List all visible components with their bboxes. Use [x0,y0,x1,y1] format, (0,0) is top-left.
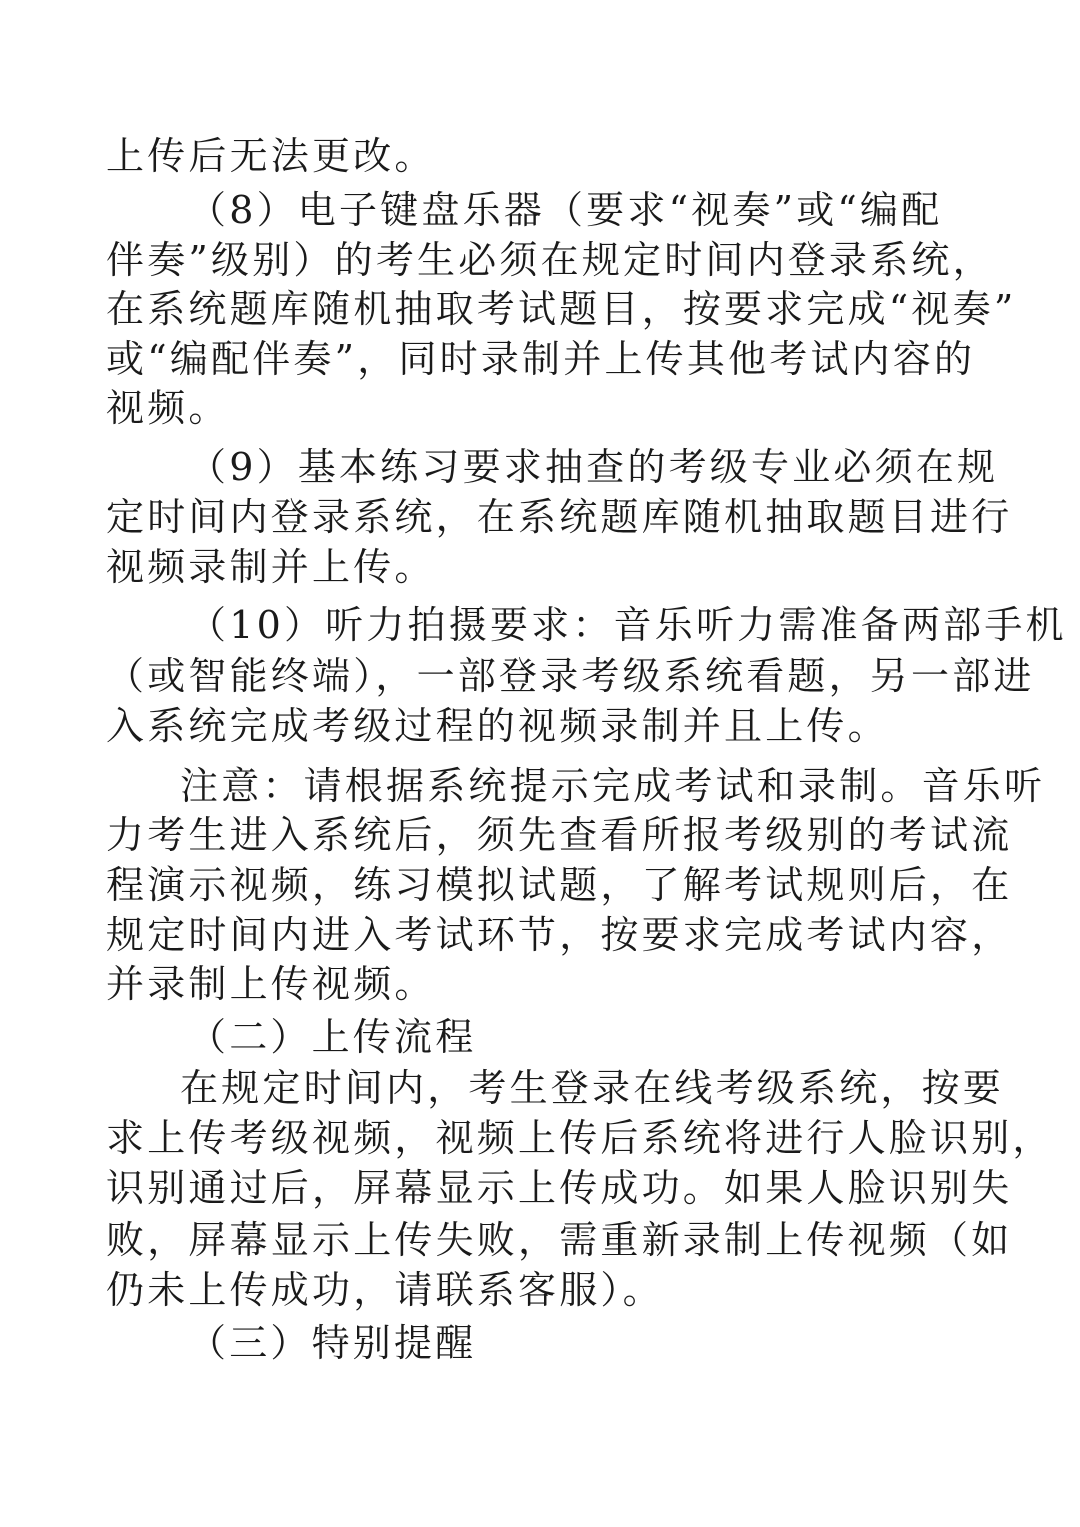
section-heading-upload-process: （二）上传流程 [188,1013,1068,1061]
document-page: 上传后无法更改。 （8）电子键盘乐器（要求“视奏”或“编配 伴奏”级别）的考生必… [0,0,1080,1527]
item-8-line: 或“编配伴奏”，同时录制并上传其他考试内容的 [106,335,986,383]
upload-process-line: 识别通过后，屏幕显示上传成功。如果人脸识别失 [106,1164,986,1212]
upload-process-line: 败，屏幕显示上传失败，需重新录制上传视频（如 [106,1216,986,1264]
upload-process-first-line: 在规定时间内，考生登录在线考级系统，按要 [180,1064,1060,1112]
note-line: 并录制上传视频。 [106,960,986,1008]
item-9-line: 视频录制并上传。 [106,543,986,591]
item-10-line: 入系统完成考级过程的视频录制并且上传。 [106,702,986,750]
item-8-first-line: （8）电子键盘乐器（要求“视奏”或“编配 [188,186,1068,234]
upload-process-line: 仍未上传成功，请联系客服）。 [106,1266,986,1314]
note-line: 程演示视频，练习模拟试题，了解考试规则后，在 [106,861,986,909]
item-10-first-line: （10）听力拍摄要求：音乐听力需准备两部手机 [188,601,1068,649]
section-heading-special-reminder: （三）特别提醒 [188,1319,1068,1367]
item-10-line: （或智能终端），一部登录考级系统看题，另一部进 [106,652,986,700]
item-8-line: 视频。 [106,384,986,432]
note-first-line: 注意：请根据系统提示完成考试和录制。音乐听 [180,762,1060,810]
item-8-line: 在系统题库随机抽取考试题目，按要求完成“视奏” [106,285,986,333]
note-line: 规定时间内进入考试环节，按要求完成考试内容， [106,911,986,959]
item-9-line: 定时间内登录系统，在系统题库随机抽取题目进行 [106,493,986,541]
line-continuation: 上传后无法更改。 [106,132,986,180]
item-8-line: 伴奏”级别）的考生必须在规定时间内登录系统， [106,236,986,284]
note-line: 力考生进入系统后，须先查看所报考级别的考试流 [106,811,986,859]
upload-process-line: 求上传考级视频，视频上传后系统将进行人脸识别， [106,1114,986,1162]
item-9-first-line: （9）基本练习要求抽查的考级专业必须在规 [188,443,1068,491]
